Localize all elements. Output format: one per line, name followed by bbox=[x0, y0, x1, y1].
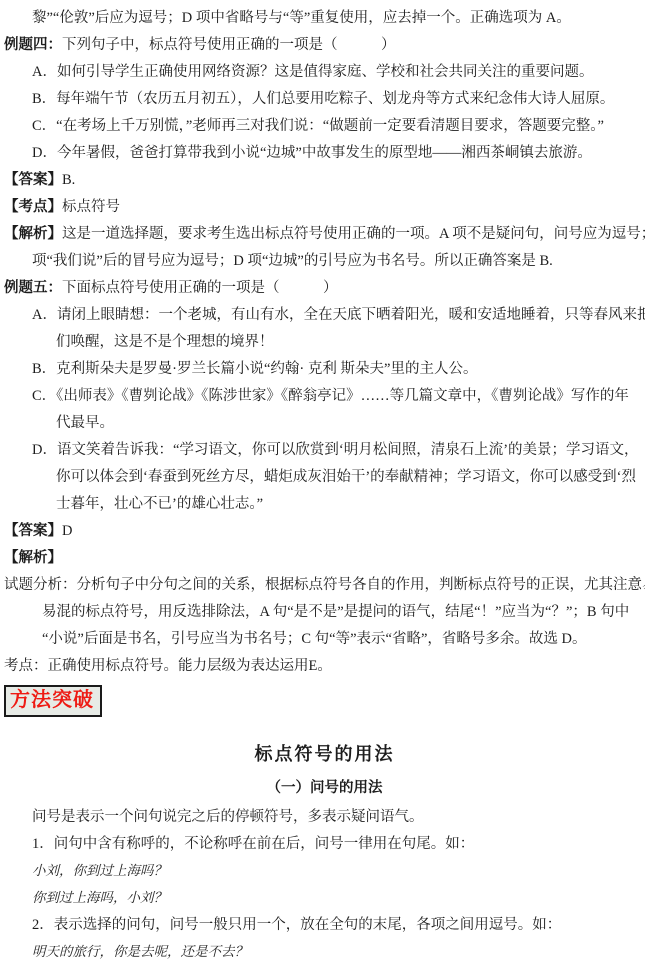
text-line: 【答案】D bbox=[4, 521, 645, 541]
section-title: 标点符号的用法 bbox=[4, 742, 645, 766]
document-content: 黎”“伦敦”后应为逗号；D 项中省略号与“等”重复使用，应去掉一个。正确选项为 … bbox=[4, 8, 645, 962]
line-text: 下列句子中，标点符号使用正确的一项是（ ） bbox=[62, 37, 396, 53]
document-page: 黎”“伦敦”后应为逗号；D 项中省略号与“等”重复使用，应去掉一个。正确选项为 … bbox=[0, 0, 649, 966]
line-text: D．语文笑着告诉我：“学习语文，你可以欣赏到‘明月松间照，清泉石上流’的美景；学… bbox=[32, 442, 639, 458]
text-line: 考点：正确使用标点符号。能力层级为表达运用E。 bbox=[4, 656, 645, 676]
subsection-title: （一）问号的用法 bbox=[4, 778, 645, 798]
line-text: B．克利斯朵夫是罗曼·罗兰长篇小说“约翰· 克利 斯朵夫”里的主人公。 bbox=[32, 361, 477, 377]
text-line: 【考点】标点符号 bbox=[4, 197, 645, 217]
text-line: 代最早。 bbox=[4, 413, 645, 433]
text-line: 【解析】 bbox=[4, 548, 645, 568]
line-text: 问号是表示一个问句说完之后的停顿符号，多表示疑问语气。 bbox=[32, 809, 424, 825]
method-breakthrough-box: 方法突破 bbox=[4, 685, 102, 717]
line-text: 1．问句中含有称呼的，不论称呼在前在后，问号一律用在句尾。如： bbox=[32, 836, 474, 852]
line-text: 标点符号 bbox=[62, 199, 120, 215]
line-text: D bbox=[62, 523, 72, 539]
text-line: B．每年端午节（农历五月初五），人们总要用吃粽子、划龙舟等方式来纪念伟大诗人屈原… bbox=[4, 89, 645, 109]
text-line: 黎”“伦敦”后应为逗号；D 项中省略号与“等”重复使用，应去掉一个。正确选项为 … bbox=[4, 8, 645, 28]
text-line: 小刘，你到过上海吗？ bbox=[4, 861, 645, 881]
text-line: C．“在考场上千万别慌，”老师再三对我们说：“做题前一定要看清题目要求，答题要完… bbox=[4, 116, 645, 136]
line-lead-label: 【解析】 bbox=[4, 226, 62, 242]
line-text: 们唤醒，这是不是个理想的境界！ bbox=[56, 334, 274, 350]
line-text: D．今年暑假，爸爸打算带我到小说“边城”中故事发生的原型地——湘西茶峒镇去旅游。 bbox=[32, 145, 592, 161]
text-line: 【解析】这是一道选择题，要求考生选出标点符号使用正确的一项。A 项不是疑问句，问… bbox=[4, 224, 645, 244]
line-lead-label: 【答案】 bbox=[4, 523, 62, 539]
line-text: 你到过上海吗，小刘？ bbox=[32, 890, 167, 905]
text-line: 例题五：下面标点符号使用正确的一项是（ ） bbox=[4, 278, 645, 298]
text-line: 你可以体会到‘春蚕到死丝方尽，蜡炬成灰泪始干’的奉献精神；学习语文，你可以感受到… bbox=[4, 467, 645, 487]
text-line: 明天的旅行，你是去呢，还是不去？ bbox=[4, 942, 645, 962]
text-line: D．今年暑假，爸爸打算带我到小说“边城”中故事发生的原型地——湘西茶峒镇去旅游。 bbox=[4, 143, 645, 163]
line-text: B. bbox=[62, 172, 75, 188]
line-text: “小说”后面是书名，引号应当为书名号；C 句“等”表示“省略”，省略号多余。故选… bbox=[42, 631, 587, 647]
line-text: 代最早。 bbox=[56, 415, 114, 431]
text-line: B．克利斯朵夫是罗曼·罗兰长篇小说“约翰· 克利 斯朵夫”里的主人公。 bbox=[4, 359, 645, 379]
line-text: C．“在考场上千万别慌，”老师再三对我们说：“做题前一定要看清题目要求，答题要完… bbox=[32, 118, 604, 134]
text-line: 你到过上海吗，小刘？ bbox=[4, 888, 645, 908]
line-text: 这是一道选择题，要求考生选出标点符号使用正确的一项。A 项不是疑问句，问号应为逗… bbox=[62, 226, 645, 242]
text-line: 1．问句中含有称呼的，不论称呼在前在后，问号一律用在句尾。如： bbox=[4, 834, 645, 854]
line-text: 小刘，你到过上海吗？ bbox=[32, 863, 167, 878]
line-text: 试题分析：分析句子中分句之间的关系，根据标点符号各自的作用，判断标点符号的正误，… bbox=[4, 577, 645, 593]
text-line: A．请闭上眼睛想：一个老城，有山有水，全在天底下晒着阳光，暖和安适地睡着，只等春… bbox=[4, 305, 645, 325]
line-text: 下面标点符号使用正确的一项是（ ） bbox=[62, 280, 338, 296]
text-line: A．如何引导学生正确使用网络资源？这是值得家庭、学校和社会共同关注的重要问题。 bbox=[4, 62, 645, 82]
line-lead-label: 例题五： bbox=[4, 280, 62, 296]
method-breakthrough-section: 方法突破 bbox=[4, 685, 645, 719]
line-text: 明天的旅行，你是去呢，还是不去？ bbox=[32, 944, 248, 959]
text-line: 易混的标点符号，用反选排除法，A 句“是不是”是提问的语气，结尾“！”应当为“？… bbox=[4, 602, 645, 622]
text-line: 例题四：下列句子中，标点符号使用正确的一项是（ ） bbox=[4, 35, 645, 55]
text-line: D．语文笑着告诉我：“学习语文，你可以欣赏到‘明月松间照，清泉石上流’的美景；学… bbox=[4, 440, 645, 460]
line-text: A．请闭上眼睛想：一个老城，有山有水，全在天底下晒着阳光，暖和安适地睡着，只等春… bbox=[32, 307, 645, 323]
line-lead-label: 【答案】 bbox=[4, 172, 62, 188]
line-lead-label: 【解析】 bbox=[4, 550, 62, 566]
text-line: 问号是表示一个问句说完之后的停顿符号，多表示疑问语气。 bbox=[4, 807, 645, 827]
text-line: “小说”后面是书名，引号应当为书名号；C 句“等”表示“省略”，省略号多余。故选… bbox=[4, 629, 645, 649]
text-line: 们唤醒，这是不是个理想的境界！ bbox=[4, 332, 645, 352]
line-lead-label: 【考点】 bbox=[4, 199, 62, 215]
line-text: 易混的标点符号，用反选排除法，A 句“是不是”是提问的语气，结尾“！”应当为“？… bbox=[42, 604, 629, 620]
line-text: 考点：正确使用标点符号。能力层级为表达运用E。 bbox=[4, 658, 332, 674]
line-text: 项“我们说”后的冒号应为逗号；D 项“边城”的引号应为书名号。所以正确答案是 B… bbox=[32, 253, 553, 269]
line-text: A．如何引导学生正确使用网络资源？这是值得家庭、学校和社会共同关注的重要问题。 bbox=[32, 64, 593, 80]
text-line: 2．表示选择的问句，问号一般只用一个，放在全句的末尾，各项之间用逗号。如： bbox=[4, 915, 645, 935]
text-line: 试题分析：分析句子中分句之间的关系，根据标点符号各自的作用，判断标点符号的正误，… bbox=[4, 575, 645, 595]
line-text: 你可以体会到‘春蚕到死丝方尽，蜡炬成灰泪始干’的奉献精神；学习语文，你可以感受到… bbox=[56, 469, 636, 485]
line-lead-label: 例题四： bbox=[4, 37, 62, 53]
text-line: 士暮年，壮心不已’的雄心壮志。” bbox=[4, 494, 645, 514]
line-text: C．《出师表》《曹刿论战》《陈涉世家》《醉翁亭记》……等几篇文章中，《曹刿论战》… bbox=[32, 388, 629, 404]
line-text: 黎”“伦敦”后应为逗号；D 项中省略号与“等”重复使用，应去掉一个。正确选项为 … bbox=[32, 10, 571, 26]
text-line: 【答案】B. bbox=[4, 170, 645, 190]
line-text: B．每年端午节（农历五月初五），人们总要用吃粽子、划龙舟等方式来纪念伟大诗人屈原… bbox=[32, 91, 614, 107]
method-breakthrough-label: 方法突破 bbox=[10, 689, 94, 711]
text-line: 项“我们说”后的冒号应为逗号；D 项“边城”的引号应为书名号。所以正确答案是 B… bbox=[4, 251, 645, 271]
text-line: C．《出师表》《曹刿论战》《陈涉世家》《醉翁亭记》……等几篇文章中，《曹刿论战》… bbox=[4, 386, 645, 406]
line-text: 2．表示选择的问句，问号一般只用一个，放在全句的末尾，各项之间用逗号。如： bbox=[32, 917, 561, 933]
line-text: 士暮年，壮心不已’的雄心壮志。” bbox=[56, 496, 263, 512]
